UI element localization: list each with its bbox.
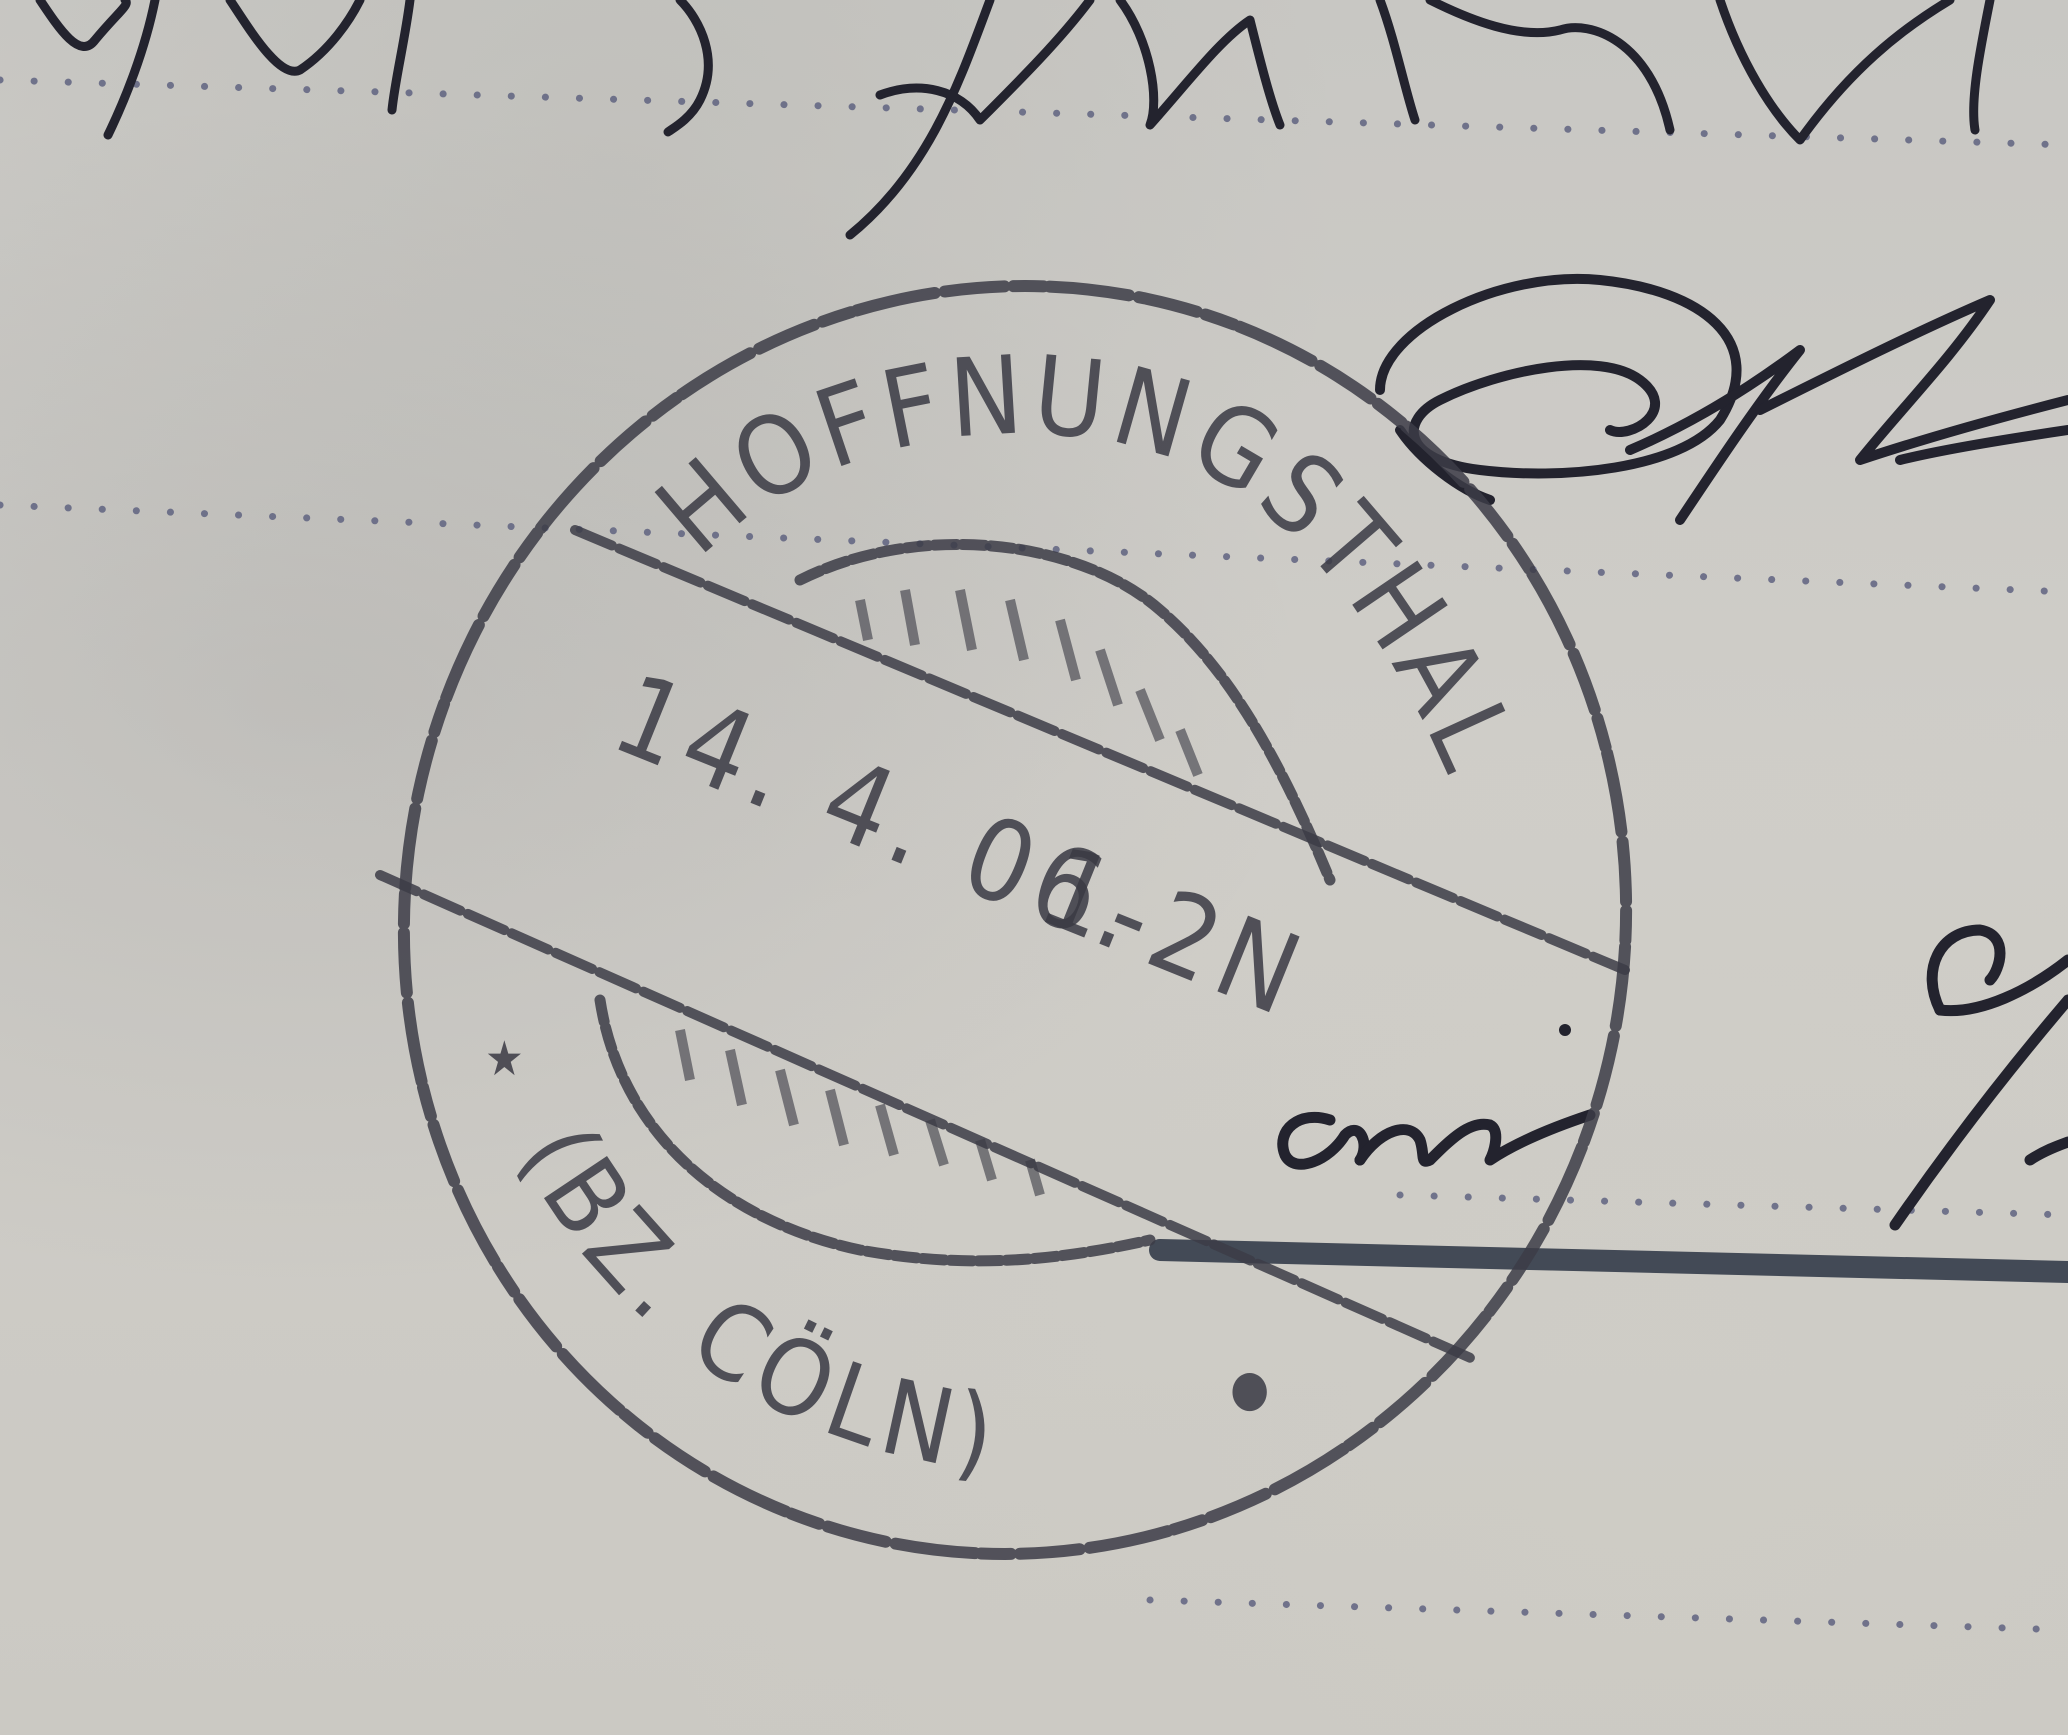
handwriting-line-3 bbox=[1895, 930, 2068, 1225]
dotted-line-3 bbox=[1400, 1195, 2068, 1215]
postcard-surface: HOFFNUNGSTHAL (BZ. CÖLN) 14. 4. 06. 1-2N… bbox=[0, 0, 2068, 1735]
dotted-line-4 bbox=[1150, 1600, 2068, 1630]
postcard-photo: HOFFNUNGSTHAL (BZ. CÖLN) 14. 4. 06. 1-2N… bbox=[0, 0, 2068, 1735]
postmark-small-dot bbox=[1559, 1024, 1571, 1036]
handwriting-overlap-word bbox=[1283, 1115, 1590, 1164]
postmark-time: 1-2N bbox=[1023, 822, 1324, 1044]
postmark-district-text: (BZ. CÖLN) bbox=[497, 1107, 1006, 1496]
postmark: HOFFNUNGSTHAL (BZ. CÖLN) 14. 4. 06. 1-2N… bbox=[286, 172, 1743, 1668]
ink-underline-stroke bbox=[1160, 1250, 2068, 1272]
postmark-star-ornament: ★ bbox=[485, 1031, 524, 1087]
handwriting-line-1 bbox=[40, 0, 1990, 235]
handwriting-line-2 bbox=[1380, 279, 2068, 520]
postmark-district: (BZ. CÖLN) bbox=[497, 1107, 1006, 1496]
postmark-dot-ornament: ● bbox=[1230, 1359, 1269, 1417]
